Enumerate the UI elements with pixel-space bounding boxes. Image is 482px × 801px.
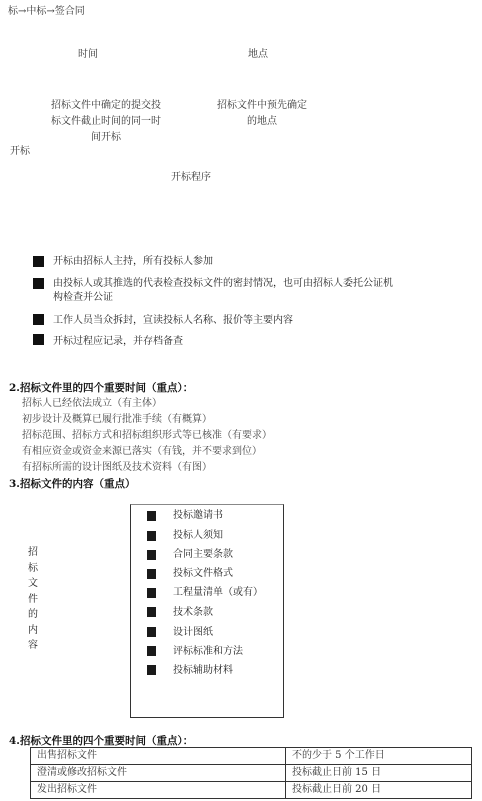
time-desc-line: 招标文件中确定的提交投 — [40, 98, 172, 114]
contents-item: 工程量清单（或有） — [173, 587, 263, 599]
square-bullet-icon — [147, 550, 156, 560]
contents-box: 投标邀请书 投标人须知 合同主要条款 投标文件格式 工程量清单（或有） 技术条款… — [130, 504, 284, 718]
table-cell-item: 出售招标文件 — [31, 748, 286, 765]
table-row: 发出招标文件 投标截止日前 20 日 — [31, 782, 472, 799]
contents-item: 评标标准和方法 — [173, 646, 243, 658]
table-row: 澄清或修改招标文件 投标截止日前 15 日 — [31, 765, 472, 782]
section-2-list: 招标人已经依法成立（有主体） 初步设计及概算已履行批准手续（有概算） 招标范围、… — [22, 396, 272, 476]
procedure-item: 开标过程应记录，并存档备查 — [53, 335, 183, 349]
square-bullet-icon — [33, 314, 44, 325]
section-2-item: 有相应资金或资金来源已落实（有钱，并不要求到位） — [22, 444, 272, 460]
square-bullet-icon — [147, 569, 156, 579]
table-cell-time: 投标截止日前 20 日 — [286, 782, 472, 799]
square-bullet-icon — [33, 334, 44, 345]
square-bullet-icon — [147, 531, 156, 541]
section-4-heading: 4.招标文件里的四个重要时间（重点）： — [9, 733, 193, 748]
time-desc-line: 标文件截止时间的同一时 — [40, 114, 172, 130]
square-bullet-icon — [147, 511, 156, 521]
contents-item: 技术条款 — [173, 607, 213, 619]
table-cell-time: 投标截止日前 15 日 — [286, 765, 472, 782]
section-2-item: 招标人已经依法成立（有主体） — [22, 396, 272, 412]
contents-item: 投标人须知 — [173, 530, 223, 542]
contents-item: 设计图纸 — [173, 627, 213, 639]
procedure-item-line: 开标过程应记录，并存档备查 — [53, 335, 183, 349]
table-cell-item: 发出招标文件 — [31, 782, 286, 799]
contents-item: 投标文件格式 — [173, 568, 233, 580]
time-heading: 时间 — [78, 45, 98, 60]
key-times-table: 出售招标文件 不的少于 5 个工作日 澄清或修改招标文件 投标截止日前 15 日… — [30, 747, 472, 799]
procedure-title: 开标程序 — [171, 168, 211, 183]
contents-item: 合同主要条款 — [173, 549, 233, 561]
place-desc-line: 招标文件中预先确定 — [206, 98, 318, 114]
square-bullet-icon — [147, 646, 156, 656]
table-cell-time: 不的少于 5 个工作日 — [286, 748, 472, 765]
square-bullet-icon — [147, 588, 156, 598]
procedure-item: 由投标人或其推选的代表检查投标文件的密封情况，也可由招标人委托公证机 构检查并公… — [53, 277, 393, 305]
place-description: 招标文件中预先确定 的地点 — [206, 98, 318, 130]
section-2-item: 初步设计及概算已履行批准手续（有概算） — [22, 412, 272, 428]
square-bullet-icon — [147, 665, 156, 675]
procedure-item: 工作人员当众拆封，宣读投标人名称、报价等主要内容 — [53, 314, 293, 328]
square-bullet-icon — [33, 278, 44, 289]
section-2-heading: 2.招标文件里的四个重要时间（重点）： — [9, 380, 193, 395]
place-desc-line: 的地点 — [206, 114, 318, 130]
section-2-item: 有招标所需的设计图纸及技术资料（有图） — [22, 460, 272, 476]
time-desc-line: 间开标 — [40, 130, 172, 146]
procedure-item: 开标由招标人主持，所有投标人参加 — [53, 255, 213, 269]
square-bullet-icon — [147, 627, 156, 637]
square-bullet-icon — [147, 607, 156, 617]
square-bullet-icon — [33, 256, 44, 267]
procedure-item-line: 构检查并公证 — [53, 291, 393, 305]
procedure-item-line: 开标由招标人主持，所有投标人参加 — [53, 255, 213, 269]
procedure-item-line: 由投标人或其推选的代表检查投标文件的密封情况，也可由招标人委托公证机 — [53, 277, 393, 291]
contents-item: 投标辅助材料 — [173, 665, 233, 677]
table-row: 出售招标文件 不的少于 5 个工作日 — [31, 748, 472, 765]
procedure-item-line: 工作人员当众拆封，宣读投标人名称、报价等主要内容 — [53, 314, 293, 328]
vertical-label: 招标文件的内容 — [27, 545, 39, 654]
opening-side-label: 开标 — [10, 142, 30, 157]
place-heading: 地点 — [248, 45, 268, 60]
table-cell-item: 澄清或修改招标文件 — [31, 765, 286, 782]
contents-item: 投标邀请书 — [173, 510, 223, 522]
time-description: 招标文件中确定的提交投 标文件截止时间的同一时 间开标 — [40, 98, 172, 146]
section-2-item: 招标范围、招标方式和招标组织形式等已核准（有要求） — [22, 428, 272, 444]
flow-line: 标→中标→签合同 — [8, 2, 85, 17]
section-3-heading: 3.招标文件的内容（重点） — [9, 476, 135, 491]
